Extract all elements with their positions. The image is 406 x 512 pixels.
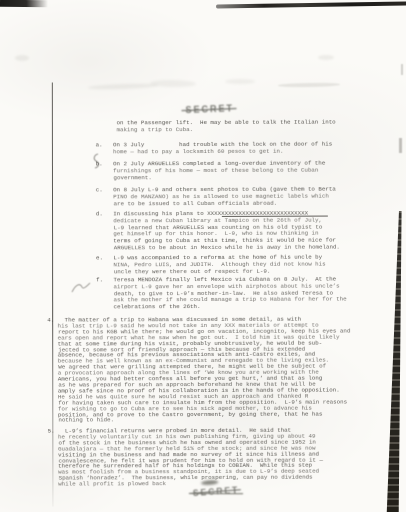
text-line: get himself up for this honor. L-9, who …: [96, 231, 378, 239]
text-line: ears open and report what he saw when he…: [47, 334, 377, 341]
text-line: celebrations of the 26th.: [96, 304, 378, 312]
text-line: uncle they were there out of respect for…: [96, 268, 378, 276]
text-line: ARGUELLES to be about in Mexico while he…: [96, 244, 378, 252]
text-line: are to be issued to all Cuban officials …: [96, 200, 378, 208]
text-line: convalescence, he felt it was prudent fo…: [48, 457, 378, 464]
document-scan: SECRET on the Passenger lift. He may be …: [0, 0, 406, 512]
text-line: Guadalajara — that he formerly held 51% …: [48, 445, 378, 452]
text-line: home — had to pay a locksmith 60 pesos t…: [96, 148, 378, 156]
text-line: for wishing to go to Cuba are to see his…: [48, 405, 378, 412]
lettered-item-b: b. On 2 July ARGUELLES completed a long-…: [96, 160, 378, 181]
scanned-memo-page: { "document": { "classification": { "sta…: [0, 0, 406, 512]
text-line: as he was prepared for such an approach …: [48, 381, 378, 388]
lettered-item-a: a. On 3 July had trouble with the lock o…: [96, 141, 378, 156]
lettered-item-e: e. L-9 was accompanied to a reforma at t…: [96, 254, 378, 275]
classification-stamp-bottom: SECRET: [192, 484, 239, 498]
text-line: nothing to hide.: [48, 417, 378, 424]
stamp-strike-line-2: [191, 493, 244, 494]
classification-stamp-top: SECRET: [185, 102, 234, 115]
text-line: a provocation approach along the lines o…: [47, 370, 377, 377]
lettered-item-c: c. On 8 July L-9 and others sent photos …: [96, 186, 378, 207]
numbered-paragraph-4: 4. The matter of a trip to Habana was di…: [47, 316, 377, 423]
text-line: jected to some sort of friendly approach…: [48, 346, 378, 353]
text-line: government.: [96, 174, 378, 182]
numbered-paragraph-5: 5. L-9’s financial returns were probed i…: [48, 427, 378, 487]
text-line: making a trip to Cuba.: [117, 126, 379, 134]
lettered-item-f: f. Teresa MENDOZA finally left Mexico vi…: [96, 276, 378, 311]
text-line: ask the mother if she could manage a tri…: [96, 297, 378, 305]
paragraph-continuation: on the Passenger lift. He may be able to…: [117, 119, 379, 134]
